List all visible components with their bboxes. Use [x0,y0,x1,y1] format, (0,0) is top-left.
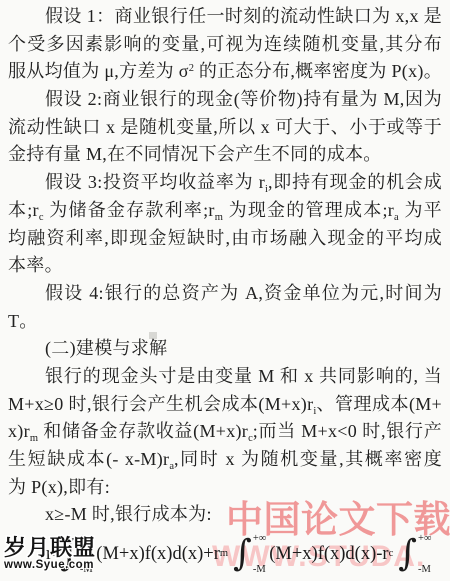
text-line: 假设 3:投资平均收益率为 ri,即持有现金的机会成 [8,169,442,197]
syue-logo-text: 岁月联盟 [4,537,96,559]
text-line: x≥-M 时,银行成本为: [8,501,442,529]
text-line: M+x≥0 时,银行会产生机会成本(M+x)ri、管理成本(M+ [8,391,442,419]
text-line: 流动性缺口 x 是随机变量,所以 x 可大于、小于或等于现 [8,114,442,142]
text-line: x)rm 和储备金存款收益(M+x)rc;而当 M+x<0 时,银行产 [8,418,442,446]
text-line: 金持有量 M,在不同情况下会产生不同的成本。 [8,141,442,169]
integral-sign: ∫+∞-M [398,533,431,576]
text-line: 个受多因素影响的变量,可视为连续随机变量,其分布 [8,31,442,59]
text-line: 本;rc 为储备金存款利率;rm 为现金的管理成本;ra 为平 [8,197,442,225]
formula-text: (M+x)f(x)d(x)+r [96,544,220,565]
document-page: 假设 1：商业银行任一时刻的流动性缺口为 x,x 是个受多因素影响的变量,可视为… [0,0,450,581]
syue-logo-url: www.Syue.com [4,560,96,572]
document-text: 假设 1：商业银行任一时刻的流动性缺口为 x,x 是个受多因素影响的变量,可视为… [8,3,442,529]
integral-formula: ri∫+∞-M(M+x)f(x)d(x)+rm∫+∞-M(M+x)f(x)d(x… [46,530,434,578]
watermark-syue-logo: 岁月联盟 www.Syue.com [4,537,96,572]
text-line: 假设 1：商业银行任一时刻的流动性缺口为 x,x 是 [8,3,442,31]
text-line: T。 [8,308,442,336]
scan-artifact-curve [0,95,6,171]
text-line: 银行的现金头寸是由变量 M 和 x 共同影响的, 当 [8,363,442,391]
text-line: 假设 4:银行的总资产为 A,资金单位为元,时间为 [8,280,442,308]
text-line: 均融资利率,即现金短缺时,由市场融入现金的平均成 [8,225,442,253]
integral-sign: ∫+∞-M [233,533,266,576]
formula-text: (M+x)f(x)d(x)-r [269,544,388,565]
text-line: 本率。 [8,252,442,280]
text-line: 生短缺成本(- x-M)ra,同时 x 为随机变量,其概率密度 [8,446,442,474]
text-line: (二)建模与求解 [8,335,442,363]
text-line: 为 P(x),即有: [8,474,442,502]
text-line: 假设 2:商业银行的现金(等价物)持有量为 M,因为 [8,86,442,114]
text-line: 服从均值为 μ,方差为 σ2 的正态分布,概率密度为 P(x)。 [8,58,442,86]
